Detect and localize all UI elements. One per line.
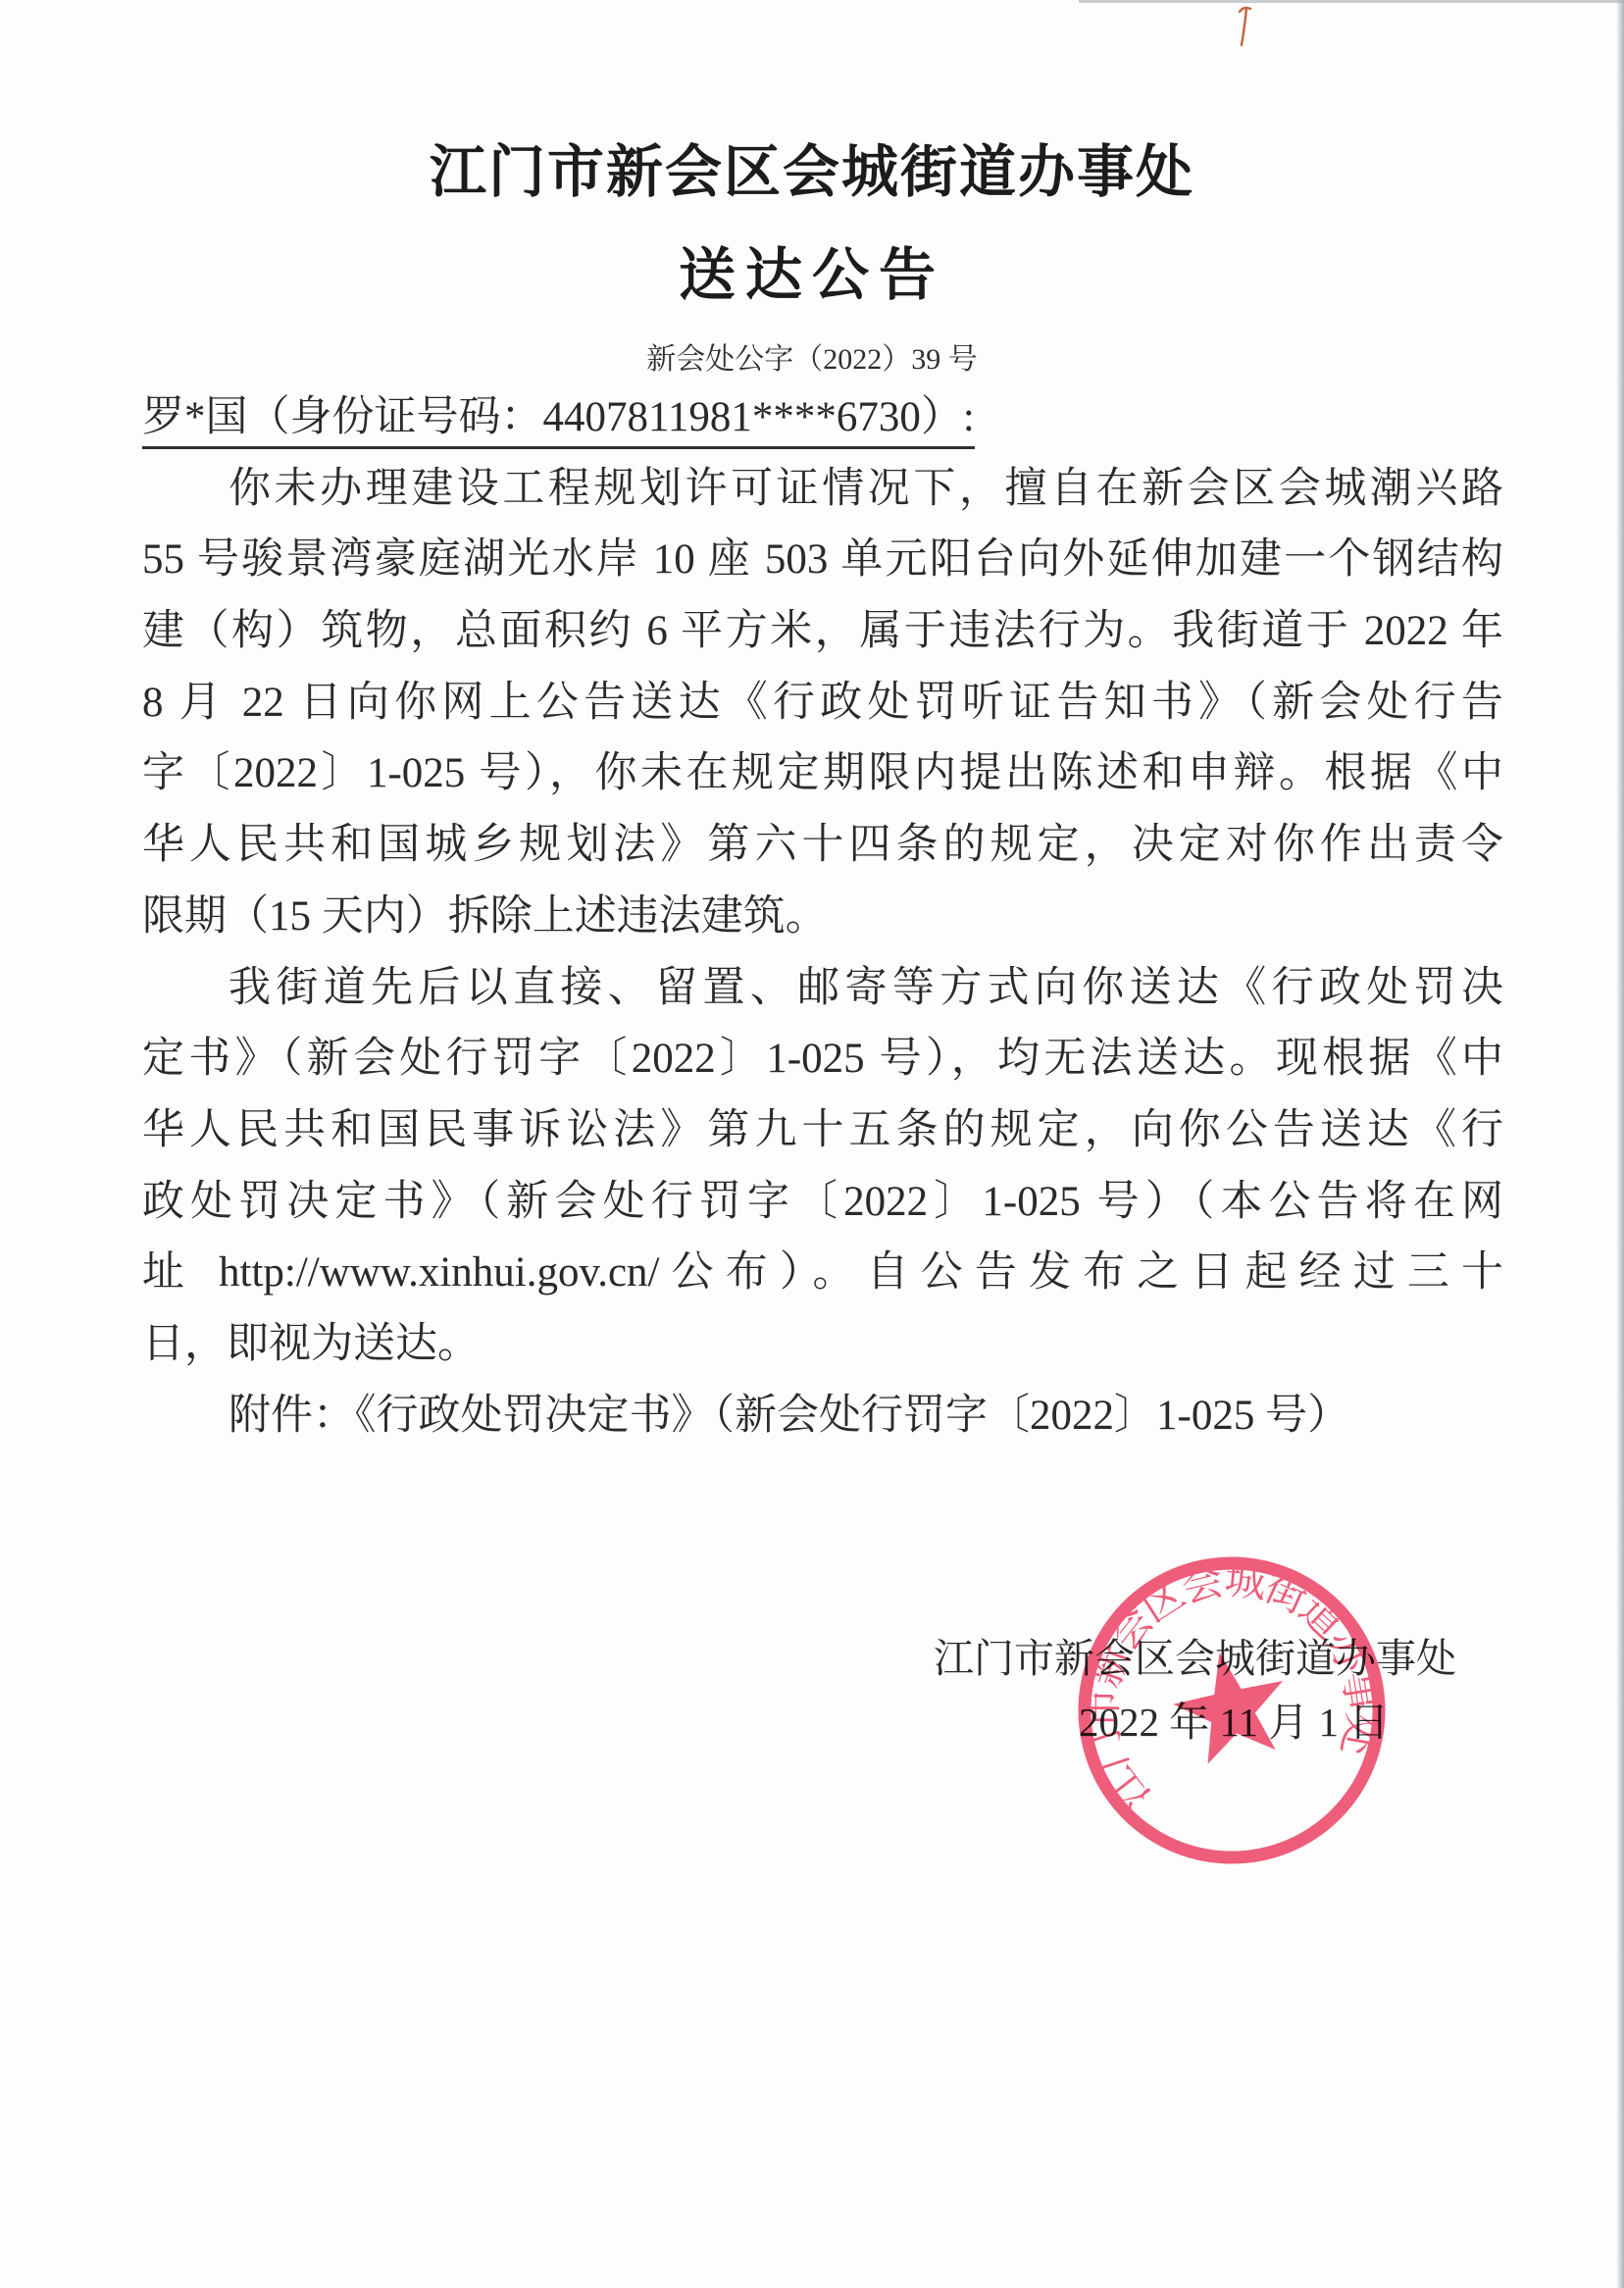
document-number: 新会处公字（2022）39 号 (0, 334, 1624, 378)
official-red-stamp: 江门市新会区会城街道办事处 (1034, 1512, 1429, 1907)
body-line: 字〔2022〕1-025 号），你未在规定期限内提出陈述和申辩。根据《中 (142, 738, 1503, 810)
notice-type-title: 送达公告 (0, 229, 1624, 311)
scanned-notice-page: 江门市新会区会城街道办事处 送达公告 新会处公字（2022）39 号 罗*国（身… (0, 0, 1624, 2288)
body-line: 建（构）筑物，总面积约 6 平方米，属于违法行为。我街道于 2022 年 (142, 596, 1503, 668)
body-line: 华人民共和国城乡规划法》第六十四条的规定，决定对你作出责令 (142, 810, 1503, 882)
body-line: 华人民共和国民事诉讼法》第九十五条的规定，向你公告送达《行 (142, 1095, 1503, 1167)
body-line: 55 号骏景湾豪庭湖光水岸 10 座 503 单元阳台向外延伸加建一个钢结构 (142, 525, 1503, 596)
body-line: 日，即视为送达。 (142, 1309, 1503, 1381)
body-line: 我街道先后以直接、留置、邮寄等方式向你送达《行政处罚决 (142, 953, 1503, 1025)
body-line: 政处罚决定书》（新会处行罚字〔2022〕1-025 号）（本公告将在网 (142, 1167, 1503, 1239)
addressee-line: 罗*国（身份证号码：4407811981****6730）: (142, 382, 1503, 454)
handwritten-pen-mark-icon (1238, 4, 1253, 49)
attachment-line: 附件：《行政处罚决定书》（新会处行罚字〔2022〕1-025 号） (142, 1381, 1503, 1452)
notice-body: 罗*国（身份证号码：4407811981****6730）: 你未办理建设工程规… (142, 382, 1503, 1451)
body-line: 限期（15 天内）拆除上述违法建筑。 (142, 882, 1503, 953)
addressee-text: 罗*国（身份证号码：4407811981****6730）: (142, 389, 975, 449)
body-line: 8 月 22 日向你网上公告送达《行政处罚听证告知书》（新会处行告 (142, 668, 1503, 739)
body-line: 址 http://www.xinhui.gov.cn/公布）。自公告发布之日起经… (142, 1238, 1503, 1309)
scan-edge-top (1079, 0, 1624, 3)
document-title: 江门市新会区会城街道办事处 (0, 126, 1624, 208)
star-icon (1165, 1641, 1296, 1768)
body-line: 你未办理建设工程规划许可证情况下，擅自在新会区会城潮兴路 (142, 454, 1503, 526)
body-line: 定书》（新会处行罚字〔2022〕1-025 号），均无法送达。现根据《中 (142, 1024, 1503, 1095)
